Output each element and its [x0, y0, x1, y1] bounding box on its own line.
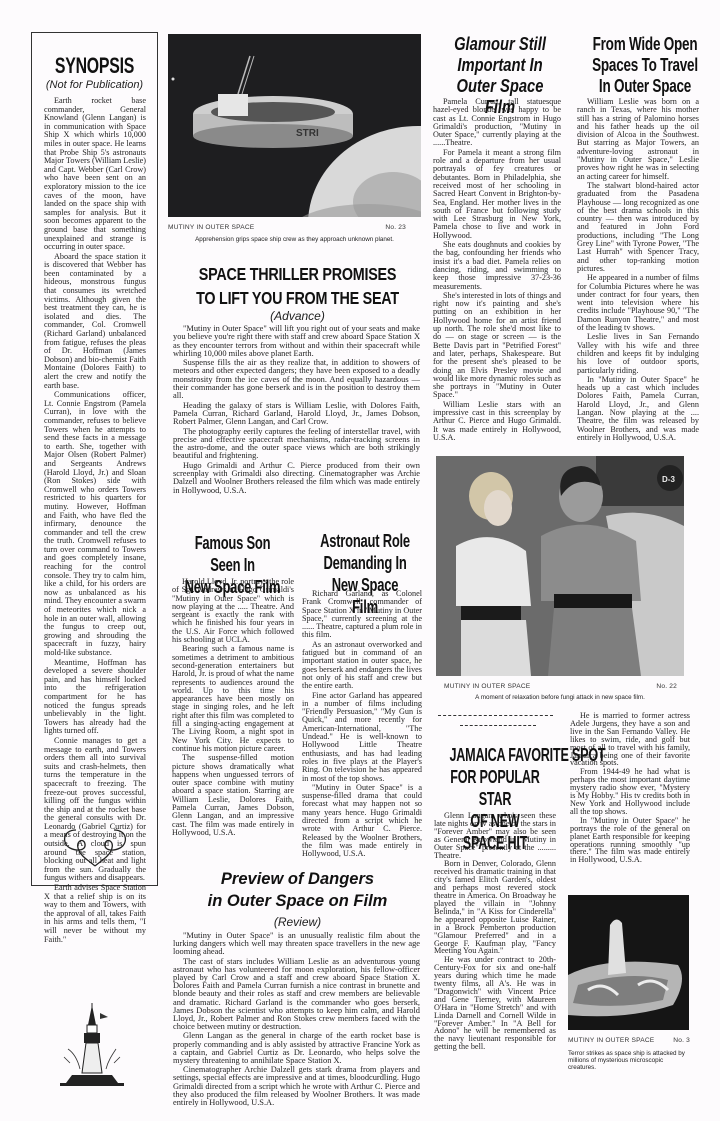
divider-rule [460, 725, 536, 726]
headline-line: Demanding In [318, 552, 412, 574]
headline-line: Glamour Still [443, 34, 558, 55]
synopsis-paragraph: Aboard the space station it is discovere… [44, 253, 146, 391]
svg-text:D-3: D-3 [662, 475, 675, 484]
photo-number: No. 22 [656, 683, 677, 690]
thriller-tag: (Advance) [165, 309, 430, 323]
article-paragraph: He is married to former actress Adele Ju… [570, 712, 690, 767]
headline-line: Preview of Dangers [165, 868, 430, 890]
photo-crew-relaxation: D-3 [436, 456, 684, 676]
article-paragraph: She's interested in lots of things and r… [433, 292, 561, 400]
jamaica-body-col2: He is married to former actress Adele Ju… [570, 712, 690, 865]
article-paragraph: For Pamela it meant a strong film role a… [433, 149, 561, 240]
preview-tag: (Review) [165, 915, 430, 929]
wide-open-headline: From Wide Open Spaces To Travel In Outer… [589, 34, 702, 97]
article-paragraph: He appeared in a number of films for Col… [577, 274, 699, 332]
photo-fungus-attack [568, 895, 689, 1030]
article-paragraph: "Mutiny in Outer Space" will lift you ri… [173, 325, 420, 358]
photo-space-station: STRI [168, 34, 421, 217]
article-paragraph: Richard Garland, as Colonel Frank Cromwe… [302, 590, 422, 640]
article-paragraph: Suspense fills the air as they realize t… [173, 359, 420, 400]
photo-caption: A moment of relaxation before fungi atta… [436, 694, 684, 701]
article-paragraph: Glenn Langan as the general in charge of… [173, 1032, 420, 1065]
photo-film-title: MUTINY IN OUTER SPACE [168, 224, 254, 231]
astronaut-body: Richard Garland, as Colonel Frank Cromwe… [302, 590, 422, 860]
photo-23-caption-row: MUTINY IN OUTER SPACE No. 23 [168, 224, 406, 231]
synopsis-subtitle: (Not for Publication) [32, 79, 157, 91]
headline-line: In Outer Space [589, 76, 702, 97]
article-paragraph: The suspense-filled motion picture shows… [172, 754, 294, 837]
svg-text:STRI: STRI [296, 128, 319, 139]
preview-body: "Mutiny in Outer Space" is an unusually … [173, 932, 420, 1108]
thriller-body: "Mutiny in Outer Space" will lift you ri… [173, 325, 420, 496]
article-paragraph: "Mutiny in Outer Space" is an unusually … [173, 932, 420, 957]
jamaica-body-col1: Glenn Langan, who's seen these late nigh… [434, 812, 556, 1052]
synopsis-box: SYNOPSIS (Not for Publication) Earth roc… [31, 32, 158, 886]
article-paragraph: From 1944-49 he had what is perhaps the … [570, 768, 690, 815]
article-paragraph: Hugo Grimaldi and Arthur C. Pierce produ… [173, 462, 420, 495]
headline-line: From Wide Open [589, 34, 702, 55]
headline-line: Important In [443, 55, 558, 76]
synopsis-title: SYNOPSIS [50, 53, 140, 79]
fungus-ship-image [568, 895, 689, 1030]
article-paragraph: Harold Lloyd, Jr. portrays the role of S… [172, 578, 294, 644]
photo-film-title: MUTINY IN OUTER SPACE [444, 683, 530, 690]
scroll-ornament-icon [58, 826, 132, 870]
article-paragraph: Born in Denver, Colorado, Glenn received… [434, 860, 556, 955]
famous-son-body: Harold Lloyd, Jr. portrays the role of S… [172, 578, 294, 838]
article-paragraph: He was under contract to 20th-Century-Fo… [434, 956, 556, 1051]
article-paragraph: William Leslie was born on a ranch in Te… [577, 98, 699, 181]
rocket-launch-icon [56, 1003, 128, 1091]
headline-line: TO LIFT YOU FROM THE SEAT [189, 286, 406, 310]
preview-headline: Preview of Dangers in Outer Space on Fil… [165, 868, 430, 912]
synopsis-paragraph: Communications officer, Lt. Connie Engst… [44, 391, 146, 657]
photo-number: No. 3 [673, 1037, 690, 1044]
article-paragraph: As an astronaut overworked and fatigued … [302, 641, 422, 691]
article-paragraph: Leslie lives in San Fernando Valley with… [577, 333, 699, 374]
synopsis-paragraph: Earth rocket base commander, General Kno… [44, 97, 146, 252]
synopsis-paragraph: Earth advises Space Station X that a rel… [44, 884, 146, 944]
article-paragraph: In "Mutiny in Outer Space" he heads up a… [577, 376, 699, 442]
article-paragraph: "Mutiny in Outer Space" is a suspense-fi… [302, 784, 422, 859]
headline-line: FOR POPULAR STAR [450, 766, 541, 810]
article-paragraph: Heading the galaxy of stars is William L… [173, 402, 420, 427]
article-paragraph: William Leslie stars with an impressive … [433, 401, 561, 442]
photo-film-title: MUTINY IN OUTER SPACE [568, 1037, 654, 1044]
article-paragraph: She eats doughnuts and cookies by the ba… [433, 241, 561, 291]
headline-line: JAMAICA FAVORITE SPOT [450, 744, 541, 766]
article-paragraph: Glenn Langan, who's seen these late nigh… [434, 812, 556, 859]
space-station-image: STRI [168, 34, 421, 217]
article-paragraph: Pamela Curran, tall statuesque hazel-eye… [433, 98, 561, 148]
photo-number: No. 23 [385, 224, 406, 231]
crew-still-image: D-3 [436, 456, 684, 676]
photo-22-caption-row: MUTINY IN OUTER SPACE No. 22 [444, 683, 677, 690]
photo-caption: Terror strikes as space ship is attacked… [568, 1050, 690, 1072]
headline-line: Spaces To Travel [589, 55, 702, 76]
headline-line: in Outer Space on Film [165, 890, 430, 912]
article-paragraph: The stalwart blond-haired actor graduate… [577, 182, 699, 273]
synopsis-paragraph: Meantime, Hoffman has developed a severe… [44, 659, 146, 736]
synopsis-body: Earth rocket base commander, General Kno… [44, 97, 146, 945]
article-paragraph: Cinematographer Archie Dalzell gets star… [173, 1066, 420, 1107]
article-paragraph: In "Mutiny in Outer Space" he portrays t… [570, 817, 690, 864]
headline-line: Famous Son Seen In [184, 532, 281, 576]
article-paragraph: Bearing such a famous name is sometimes … [172, 645, 294, 753]
divider-rule [438, 715, 553, 716]
thriller-headline: SPACE THRILLER PROMISES TO LIFT YOU FROM… [189, 262, 406, 310]
article-paragraph: The photography eerily captures the feel… [173, 428, 420, 461]
headline-line: Astronaut Role [318, 530, 412, 552]
headline-line: SPACE THRILLER PROMISES [189, 262, 406, 286]
glamour-body: Pamela Curran, tall statuesque hazel-eye… [433, 98, 561, 443]
photo-caption: Apprehension grips space ship crew as th… [168, 236, 421, 243]
wide-open-body: William Leslie was born on a ranch in Te… [577, 98, 699, 443]
article-paragraph: Fine actor Garland has appeared in a num… [302, 692, 422, 783]
article-paragraph: The cast of stars includes William Lesli… [173, 958, 420, 1032]
photo-3-caption-row: MUTINY IN OUTER SPACE No. 3 [568, 1037, 690, 1044]
